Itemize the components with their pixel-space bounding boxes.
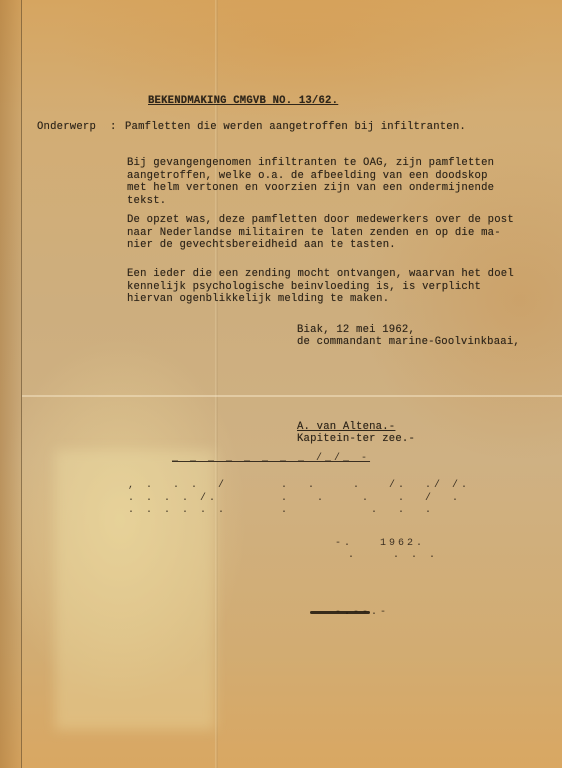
subject-separator: :	[110, 121, 117, 134]
subject-text: Pamfletten die werden aangetroffen bij i…	[125, 121, 466, 134]
paragraph-2: De opzet was, deze pamfletten door medew…	[127, 214, 514, 252]
paragraph-3: Een ieder die een zending mocht ontvange…	[127, 268, 514, 306]
document-title: BEKENDMAKING CMGVB NO. 13/62.	[148, 95, 338, 108]
faded-patch	[55, 450, 215, 730]
faint-heading: _ _ _ _ _ _ _ _ /_/_ -	[172, 453, 370, 464]
margin-line	[21, 0, 22, 768]
faint-line: . . . . /. . . . . / .	[128, 493, 461, 504]
faint-date: -. 1962.	[335, 538, 425, 549]
horizontal-fold-crease	[22, 395, 562, 397]
place-date: Biak, 12 mei 1962,	[297, 324, 415, 337]
faint-line: . . . . . . . . . .	[128, 505, 434, 516]
ink-smudge	[310, 611, 370, 614]
faint-line: . . . .	[330, 550, 438, 561]
signatory-name: A. van Altena.-	[297, 421, 395, 434]
faint-line: , . . . / . . . /. ./ /.	[128, 480, 470, 491]
paragraph-1: Bij gevangengenomen infiltranten te OAG,…	[127, 157, 494, 207]
left-edge-shadow	[0, 0, 22, 768]
signatory-rank: Kapitein-ter zee.-	[297, 433, 415, 446]
issuer: de commandant marine-Goolvinkbaai,	[297, 336, 520, 349]
vertical-fold-crease	[215, 0, 218, 768]
subject-label: Onderwerp	[37, 121, 96, 134]
